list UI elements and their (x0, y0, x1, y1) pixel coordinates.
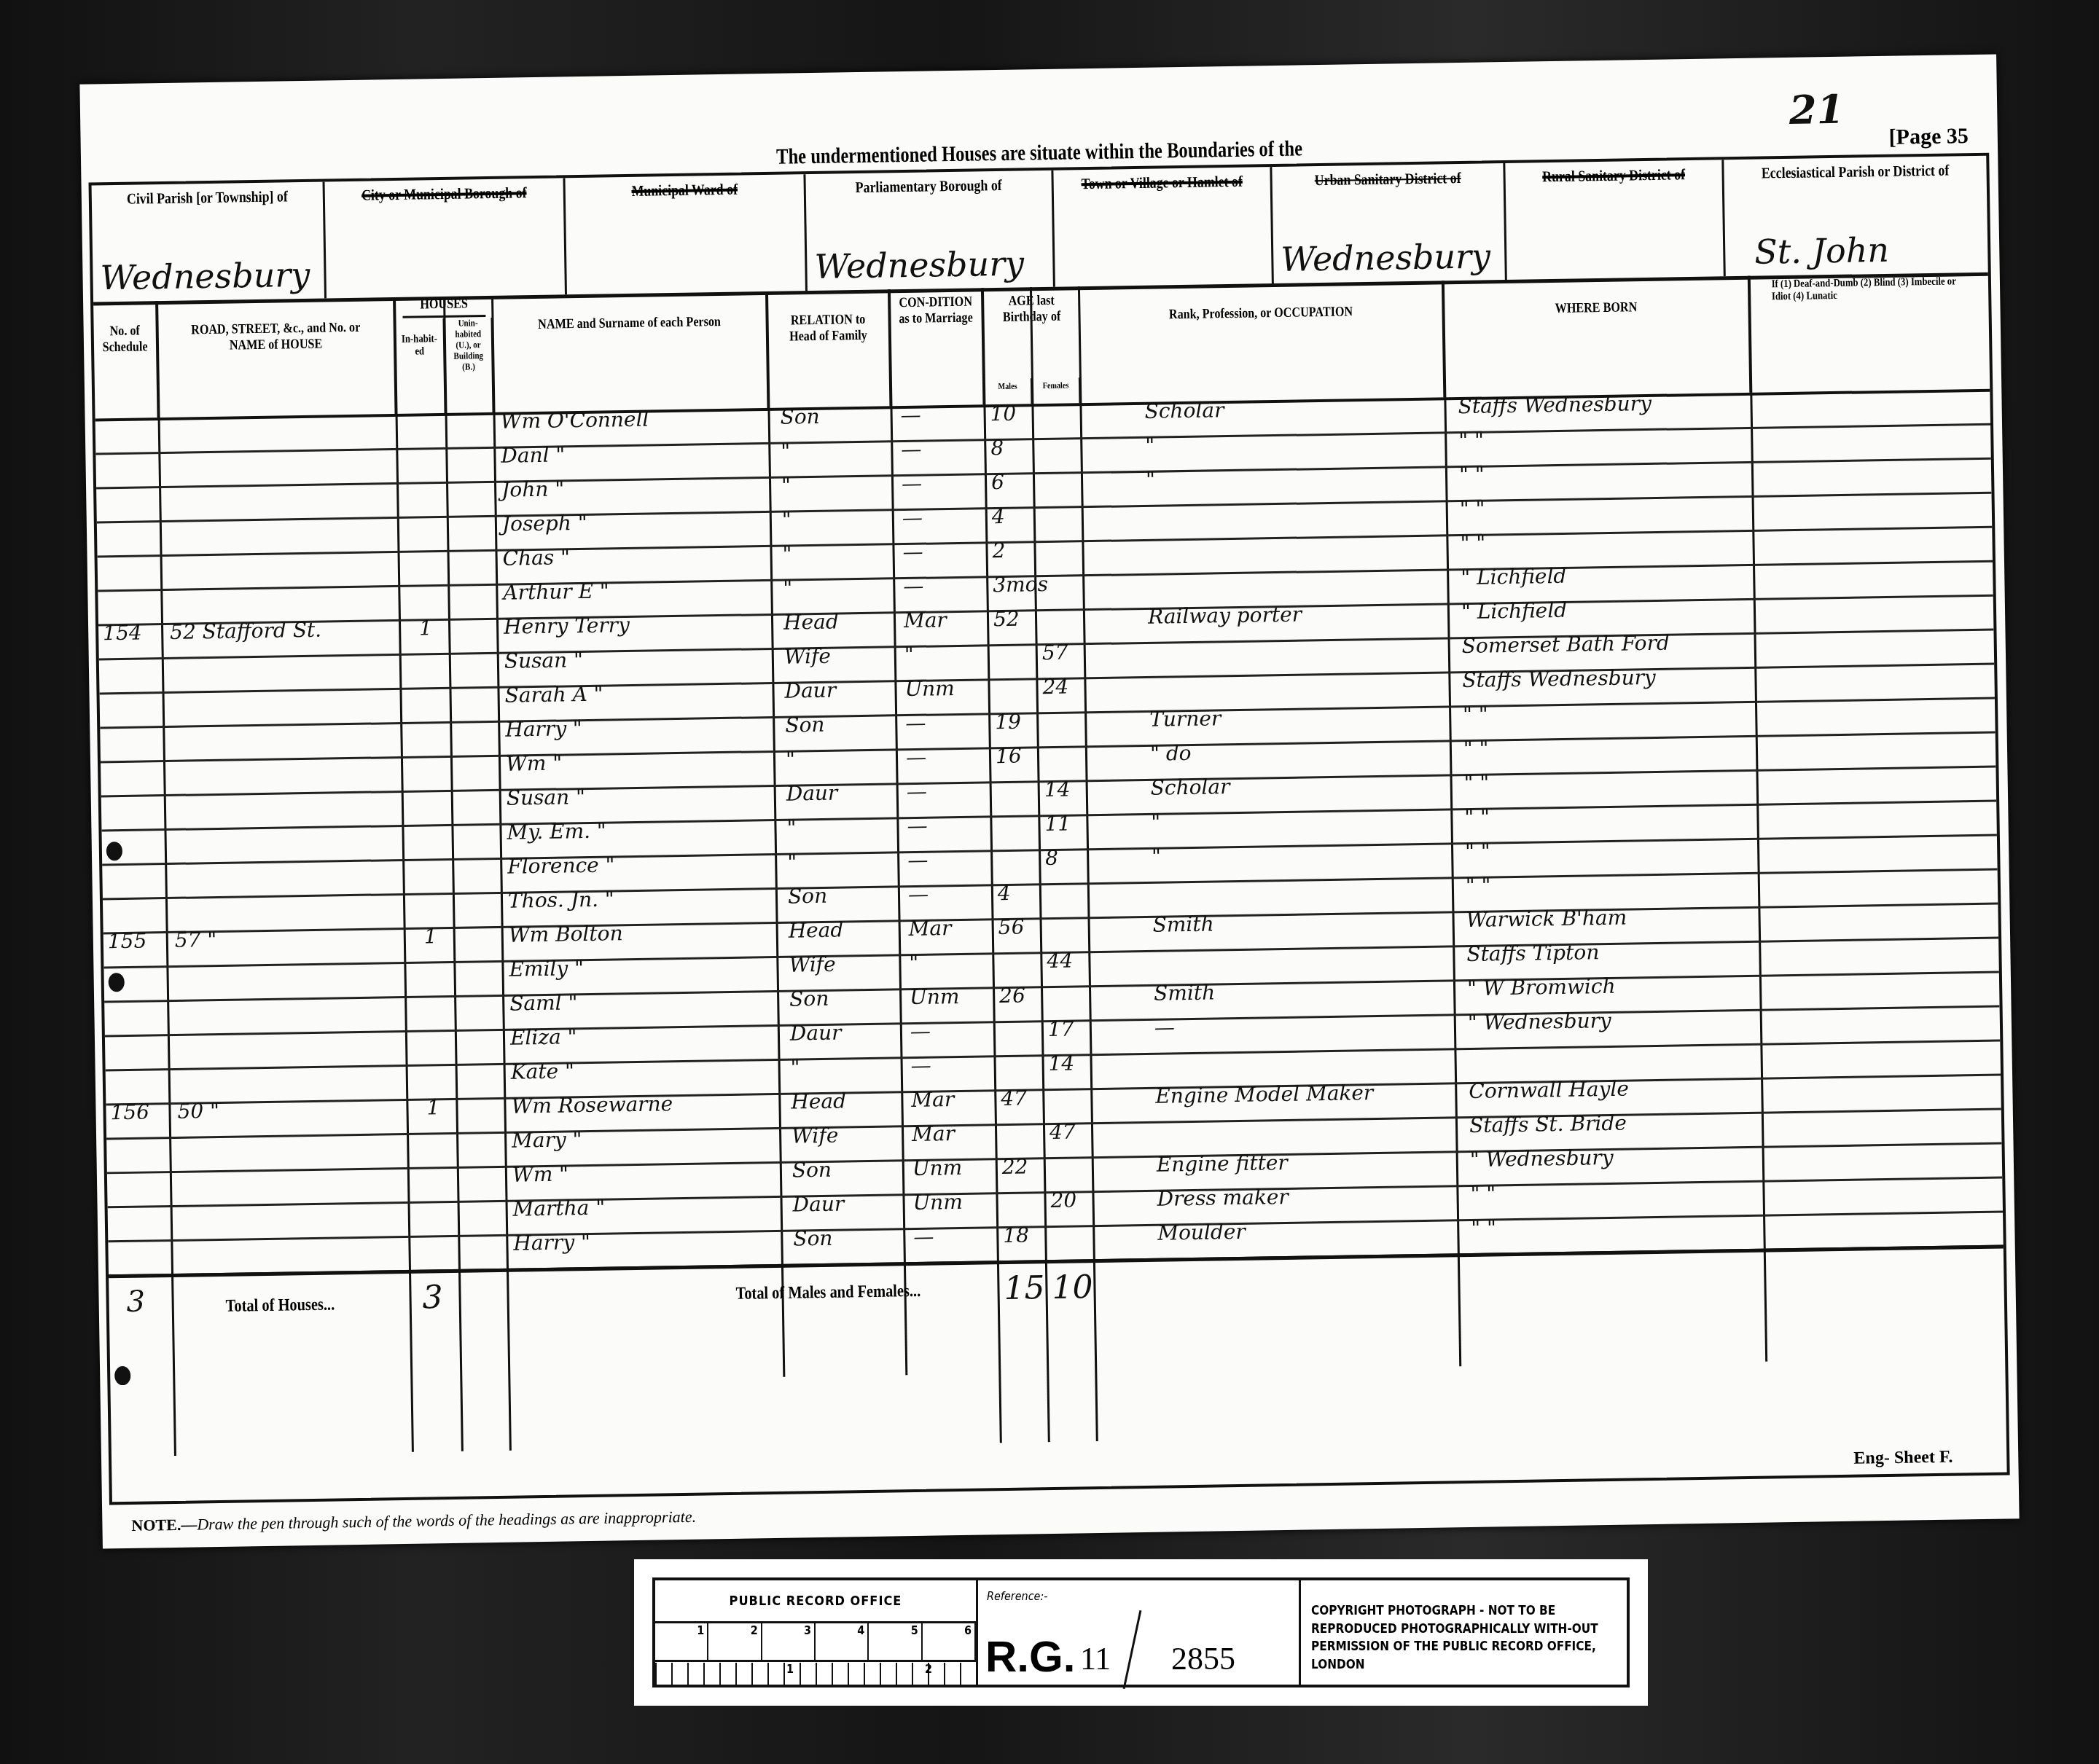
cell-where-born: Staffs Tipton (1466, 940, 1599, 966)
cell-where-born: " " (1458, 428, 1484, 453)
cell-where-born: " Lichfield (1461, 564, 1567, 589)
cell-occupation: Engine Model Maker (1155, 1081, 1374, 1108)
cell-female-age: 14 (1048, 1051, 1074, 1076)
col-relation: RELATION to Head of Family (767, 289, 891, 408)
cell-male-age: 19 (995, 710, 1021, 734)
cell-condition: " (904, 643, 914, 667)
cell-male-age: 16 (996, 744, 1022, 769)
scale-ruler: 1 2 (655, 1661, 976, 1685)
cell-occupation: Smith (1152, 912, 1213, 936)
cell-where-born: " " (1470, 1181, 1496, 1206)
cell-relation: " (786, 815, 796, 839)
cell-where-born: " " (1464, 805, 1490, 830)
cell-name: Kate " (510, 1059, 574, 1083)
reference-series: R.G. (985, 1631, 1075, 1682)
cell-relation: Son (789, 987, 829, 1011)
cell-condition: — (900, 403, 921, 427)
cell-occupation: — (1154, 1015, 1176, 1039)
cell-male-age: 26 (999, 984, 1025, 1008)
cell-relation: Head (788, 917, 843, 942)
cell-male-age: 18 (1003, 1223, 1029, 1248)
cell-relation: " (786, 747, 795, 771)
cell-occupation: " (1152, 844, 1161, 869)
cell-female-age: 17 (1048, 1017, 1074, 1042)
cell-name: Wm O'Connell (500, 407, 649, 434)
cell-name: Martha " (512, 1196, 605, 1221)
cell-schedule: 155 (108, 928, 147, 953)
cell-name: Harry " (505, 716, 582, 742)
cell-road: 50 " (177, 1099, 219, 1124)
cell-relation: " (781, 439, 790, 463)
total-females: 10 (1052, 1269, 1093, 1306)
page-reference: [Page 35 (1888, 124, 1969, 150)
cell-female-age: 20 (1050, 1188, 1076, 1212)
cell-condition: — (910, 1054, 931, 1078)
cell-where-born: " " (1459, 463, 1485, 487)
cell-male-age: 4 (992, 504, 1005, 528)
total-houses-inhabited: 3 (422, 1279, 443, 1316)
cell-relation: Son (788, 884, 828, 909)
cell-relation: Head (791, 1089, 846, 1113)
col-name: NAME and Surname of each Person (493, 291, 769, 412)
cell-condition: — (907, 848, 929, 872)
cell-condition: Unm (912, 1190, 963, 1215)
cell-male-age: 22 (1002, 1155, 1028, 1180)
cell-where-born: " " (1460, 531, 1485, 556)
cell-occupation: Engine fitter (1157, 1150, 1288, 1177)
cell-female-age: 57 (1042, 640, 1068, 665)
col-inhabited: In-habit-ed (395, 318, 446, 414)
cell-name: Sarah A " (504, 682, 603, 707)
cell-condition: — (908, 882, 929, 906)
reference-class: 11 (1080, 1640, 1111, 1677)
pro-reference-stamp: PUBLIC RECORD OFFICE 1 2 3 4 5 6 1 2 Ref… (634, 1559, 1648, 1706)
cell-condition: — (910, 1019, 931, 1043)
cell-relation: Daur (784, 678, 836, 703)
boundary-rural-sanitary: Rural Sanitary District of (1505, 160, 1725, 280)
boundary-municipal-borough: City or Municipal Borough of (325, 178, 567, 298)
cell-relation: Daur (786, 781, 838, 806)
cell-condition: — (901, 437, 922, 461)
cell-inhabited: 1 (426, 1095, 439, 1119)
cell-where-born: " " (1465, 839, 1490, 864)
cell-condition: — (913, 1225, 934, 1249)
col-infirmity: If (1) Deaf-and-Dumb (2) Blind (3) Imbec… (1750, 273, 1990, 393)
cell-name: Susan " (504, 648, 584, 673)
total-houses-label: Total of Houses... (226, 1295, 335, 1316)
cell-occupation: Scholar (1144, 398, 1224, 423)
total-persons-label: Total of Males and Females... (735, 1282, 920, 1304)
boundary-municipal-ward: Municipal Ward of (565, 174, 807, 294)
heading-note: NOTE.—Draw the pen through such of the w… (131, 1508, 696, 1535)
cell-name: Wm " (512, 1161, 569, 1186)
cell-male-age: 8 (990, 436, 1004, 460)
cell-occupation: " do (1150, 741, 1192, 766)
reference-label: Reference:- (987, 1589, 1048, 1603)
cell-name: My. Em. " (507, 819, 606, 844)
cell-condition: — (905, 711, 926, 735)
cell-female-age: 24 (1042, 675, 1068, 699)
cell-name: Emily " (509, 956, 584, 981)
cell-name: Saml " (509, 990, 578, 1015)
col-uninhabited: Unin-habited (U.), or Building (B.) (445, 318, 494, 413)
cell-where-born: " Wednesbury (1470, 1145, 1614, 1172)
cell-name: Thos. Jn. " (508, 887, 614, 912)
cell-name: Henry Terry (504, 613, 630, 639)
boundary-urban-sanitary: Urban Sanitary District of Wednesbury (1272, 163, 1506, 283)
cell-road: 57 " (175, 928, 217, 952)
cell-name: Eliza " (510, 1024, 577, 1049)
copyright-notice: COPYRIGHT PHOTOGRAPH - NOT TO BE REPRODU… (1301, 1580, 1627, 1685)
cell-name: Joseph " (502, 511, 587, 536)
cell-inhabited: 1 (419, 616, 432, 640)
boundary-town-village: Town or Village or Hamlet of (1053, 167, 1273, 287)
cell-occupation: Turner (1149, 706, 1222, 732)
cell-relation: " (787, 850, 797, 874)
cell-name: Chas " (502, 545, 570, 570)
cell-relation: " (781, 474, 791, 498)
cell-occupation: Moulder (1157, 1220, 1246, 1245)
cell-male-age: 4 (998, 881, 1011, 905)
cell-where-born: Staffs Wednesbury (1462, 665, 1656, 692)
sheet-label: Eng- Sheet F. (1853, 1448, 1953, 1469)
cell-name: John " (501, 477, 564, 501)
cell-relation: Wife (791, 1124, 839, 1148)
cell-where-born: " " (1471, 1215, 1496, 1240)
cell-condition: Mar (911, 1087, 954, 1112)
cell-where-born: Cornwall Hayle (1469, 1077, 1629, 1103)
cell-condition: Mar (912, 1121, 955, 1146)
cell-relation: Wife (784, 644, 832, 669)
cell-schedule: 156 (110, 1099, 149, 1124)
cell-occupation: " (1145, 434, 1154, 458)
cell-where-born: " Lichfield (1461, 598, 1568, 624)
cell-name: Florence " (507, 852, 615, 878)
cell-where-born: Staffs St. Bride (1469, 1111, 1627, 1137)
cell-female-age: 8 (1045, 846, 1058, 870)
cell-relation: Daur (790, 1021, 842, 1046)
cell-name: Mary " (512, 1127, 582, 1153)
cell-occupation: Dress maker (1157, 1185, 1289, 1211)
cell-male-age: 2 (992, 538, 1005, 562)
cell-where-born: Somerset Bath Ford (1461, 631, 1670, 658)
cell-relation: Daur (792, 1191, 844, 1216)
cell-where-born: " " (1466, 874, 1491, 898)
cell-where-born: Staffs Wednesbury (1458, 391, 1652, 418)
col-where-born: WHERE BORN (1444, 276, 1751, 398)
cell-relation: " (783, 576, 792, 600)
cell-female-age: 11 (1044, 812, 1071, 836)
cell-relation: Son (785, 713, 825, 737)
cell-condition: Unm (904, 676, 955, 701)
cell-road: 52 Stafford St. (170, 618, 321, 644)
cell-condition: — (906, 745, 927, 769)
census-table: Civil Parish [or Township] of Wednesbury… (88, 153, 2009, 1505)
cell-relation: Wife (789, 952, 836, 977)
cell-condition: — (902, 540, 923, 564)
cell-condition: " (909, 951, 918, 975)
total-males: 15 (1004, 1269, 1045, 1307)
cell-occupation: Smith (1154, 980, 1215, 1005)
boundary-ecclesiastical: Ecclesiastical Parish or District of St.… (1724, 156, 1987, 277)
cell-male-age: 52 (993, 607, 1020, 632)
cell-female-age: 47 (1049, 1119, 1076, 1144)
cell-name: Wm Bolton (509, 921, 623, 946)
cell-where-born: " W Bromwich (1467, 974, 1616, 1000)
cell-relation: Son (793, 1226, 833, 1251)
cell-condition: — (903, 574, 924, 598)
cell-name: Wm Rosewarne (511, 1091, 673, 1118)
cell-male-age: 10 (990, 401, 1016, 426)
cell-female-age: 44 (1047, 949, 1073, 973)
col-females: Females (1033, 377, 1082, 404)
cell-relation: Son (780, 404, 820, 429)
cell-where-born: " Wednesbury (1468, 1008, 1611, 1035)
cell-female-age: 14 (1044, 777, 1070, 802)
boundary-parliamentary-borough: Parliamentary Borough of Wednesbury (805, 170, 1055, 291)
reference-piece: 2855 (1171, 1640, 1235, 1677)
reference-panel: Reference:- R.G. 11 2855 (978, 1580, 1301, 1685)
reference-slash (1123, 1610, 1142, 1689)
col-condition: CON-DITION as to Marriage (890, 288, 985, 406)
cell-schedule: 154 (103, 621, 142, 646)
col-schedule: No. of Schedule (93, 301, 160, 418)
cell-occupation: Scholar (1150, 775, 1230, 800)
cell-name: Susan " (507, 785, 586, 810)
cell-name: Danl " (501, 442, 565, 467)
col-occupation: Rank, Profession, or OCCUPATION (1079, 281, 1445, 403)
cell-occupation: " (1151, 810, 1160, 834)
cell-relation: Son (792, 1158, 832, 1183)
cell-where-born: Warwick B'ham (1466, 906, 1627, 932)
cell-male-age: 6 (991, 470, 1004, 494)
cell-condition: Unm (912, 1156, 963, 1180)
scale-inches: 1 2 3 4 5 6 (655, 1621, 976, 1662)
total-schedules: 3 (126, 1285, 145, 1319)
cell-where-born: " " (1460, 497, 1485, 522)
cell-condition: — (907, 814, 928, 838)
cell-name: Wm " (506, 751, 563, 776)
pro-label: PUBLIC RECORD OFFICE (655, 1594, 976, 1609)
cell-where-born: " " (1463, 771, 1489, 796)
folio-number: 21 (1789, 86, 1845, 133)
col-road: ROAD, STREET, &c., and No. or NAME of HO… (157, 297, 396, 418)
cell-condition: — (907, 780, 928, 804)
cell-condition: Mar (908, 916, 951, 941)
cell-male-age: 3mos (993, 572, 1048, 597)
cell-name: Arthur E " (503, 579, 609, 604)
cell-relation: Head (783, 610, 839, 635)
cell-male-age: 47 (1001, 1086, 1027, 1111)
cell-relation: " (782, 508, 791, 532)
boundary-civil-parish: Civil Parish [or Township] of Wednesbury (92, 182, 327, 302)
cell-occupation: " (1146, 468, 1155, 492)
cell-condition: Mar (904, 608, 947, 632)
cell-condition: — (902, 471, 923, 495)
cell-inhabited: 1 (424, 924, 437, 948)
cell-male-age: 56 (998, 915, 1024, 940)
census-page: 21 [Page 35 The undermentioned Houses ar… (79, 54, 2019, 1548)
cell-occupation: Railway porter (1148, 603, 1302, 629)
cell-name: Harry " (513, 1230, 590, 1255)
cell-condition: Unm (910, 984, 960, 1009)
cell-relation: " (790, 1055, 800, 1079)
cell-where-born: " " (1463, 737, 1489, 761)
cell-condition: — (902, 506, 923, 530)
pro-scale-panel: PUBLIC RECORD OFFICE 1 2 3 4 5 6 1 2 (655, 1580, 978, 1685)
cell-relation: " (782, 542, 791, 566)
cell-where-born: " " (1463, 702, 1488, 727)
